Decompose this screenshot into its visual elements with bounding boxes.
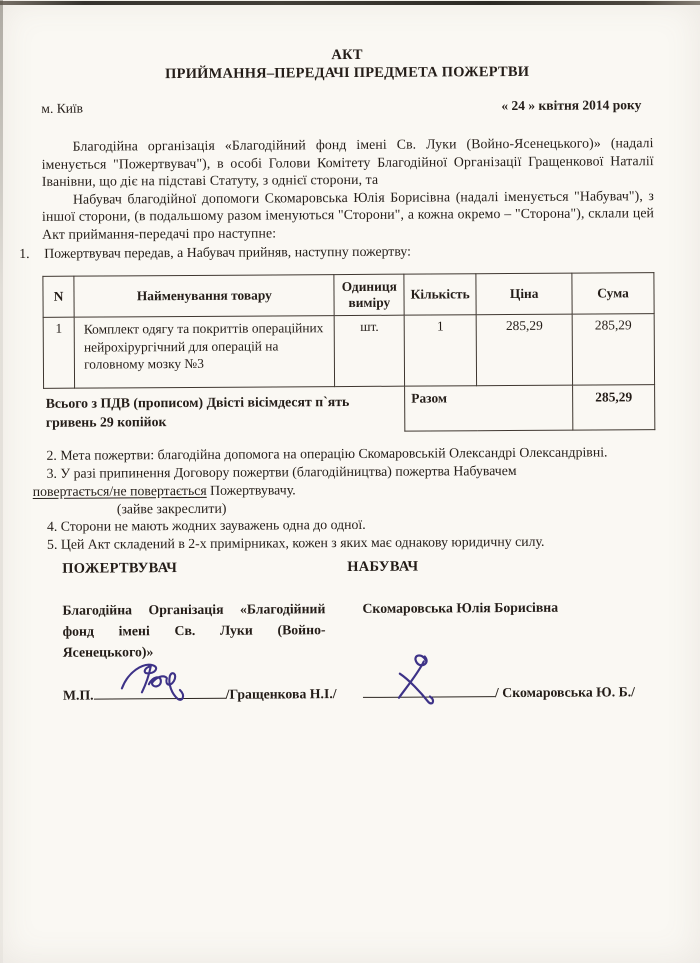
cell-number: 1 xyxy=(43,317,75,388)
signature-line-donor xyxy=(94,685,226,700)
col-header-unit: Одиниця виміру xyxy=(334,274,404,315)
handwritten-signature-donor-icon xyxy=(115,657,203,704)
signature-line-recipient xyxy=(363,684,495,699)
col-header-sum: Сума xyxy=(572,273,654,314)
paragraph-recipient: Набувач благодійної допомоги Скомаровськ… xyxy=(42,187,654,244)
paragraph-donor: Благодійна організація «Благодійний фонд… xyxy=(42,134,654,191)
cell-price: 285,29 xyxy=(476,314,572,385)
seal-place-label: М.П. xyxy=(63,688,94,703)
handwritten-signature-recipient-icon xyxy=(391,652,441,706)
total-value: 285,29 xyxy=(573,384,655,430)
signatures-section: ПОЖЕРТВУВАЧ НАБУВАЧ Благодійна Організац… xyxy=(44,558,657,705)
list-item-1-number: 1. xyxy=(19,245,29,263)
table-row: 1 Комплект одягу та покриттів операційни… xyxy=(43,314,654,388)
document-title-line2: ПРИЙМАННЯ–ПЕРЕДАЧІ ПРЕДМЕТА ПОЖЕРТВИ xyxy=(41,62,653,84)
list-item-1-text: Пожертвувач передав, а Набувач прийняв, … xyxy=(44,243,411,260)
col-header-name: Найменування товару xyxy=(74,275,335,318)
list-item-1: 1. Пожертвувач передав, а Набувач прийня… xyxy=(42,241,654,262)
cell-unit: шт. xyxy=(335,315,405,386)
scanned-document-page: АКТ ПРИЙМАННЯ–ПЕРЕДАЧІ ПРЕДМЕТА ПОЖЕРТВИ… xyxy=(0,0,700,963)
total-in-words: Всього з ПДВ (прописом) Двісті вісімдеся… xyxy=(44,386,405,434)
document-city: м. Київ xyxy=(41,101,83,117)
document-title: АКТ ПРИЙМАННЯ–ПЕРЕДАЧІ ПРЕДМЕТА ПОЖЕРТВИ xyxy=(41,44,653,84)
recipient-header: НАБУВАЧ xyxy=(347,558,656,577)
col-header-price: Ціна xyxy=(476,273,572,315)
col-header-quantity: Кількість xyxy=(404,274,476,315)
recipient-sig-name: / Скомаровська Ю. Б./ xyxy=(495,685,635,701)
donor-header: ПОЖЕРТВУВАЧ xyxy=(62,559,347,578)
donation-items-table: N Найменування товару Одиниця виміру Кіл… xyxy=(42,272,655,434)
dateline: м. Київ « 24 » квітня 2014 року xyxy=(41,97,653,117)
clauses-list: 2. Мета пожертви: благодійна допомога на… xyxy=(43,443,656,553)
list-item-5: 5. Цей Акт складений в 2-х примірниках, … xyxy=(47,532,656,553)
recipient-signature-block: / Скомаровська Ю. Б./ xyxy=(348,683,657,703)
cell-quantity: 1 xyxy=(404,315,477,386)
donor-sig-name: /Гращенкова Н.І./ xyxy=(226,687,337,703)
donor-org-name: Благодійна Організація «Благодійний фонд… xyxy=(62,598,347,663)
document-date: « 24 » квітня 2014 року xyxy=(501,97,653,114)
signature-lines-row: М.П. /Гращенкова Н.І./ / xyxy=(63,683,657,705)
list-item-3-tail: Пожертвувачу. xyxy=(207,482,296,498)
table-total-row: Всього з ПДВ (прописом) Двісті вісімдеся… xyxy=(44,384,655,433)
donor-signature-block: М.П. /Гращенкова Н.І./ xyxy=(63,684,348,704)
signature-parties: Благодійна Організація «Благодійний фонд… xyxy=(62,597,656,664)
document-content: АКТ ПРИЙМАННЯ–ПЕРЕДАЧІ ПРЕДМЕТА ПОЖЕРТВИ… xyxy=(0,0,700,705)
signature-headers: ПОЖЕРТВУВАЧ НАБУВАЧ xyxy=(62,558,656,579)
underlined-choice: повертається/не повертається xyxy=(33,483,207,499)
total-label: Разом xyxy=(405,385,573,432)
table-header-row: N Найменування товару Одиниця виміру Кіл… xyxy=(43,273,654,318)
col-header-number: N xyxy=(43,276,74,317)
cell-item-name: Комплект одягу та покриттів операційних … xyxy=(74,316,335,388)
cell-sum: 285,29 xyxy=(572,314,654,385)
